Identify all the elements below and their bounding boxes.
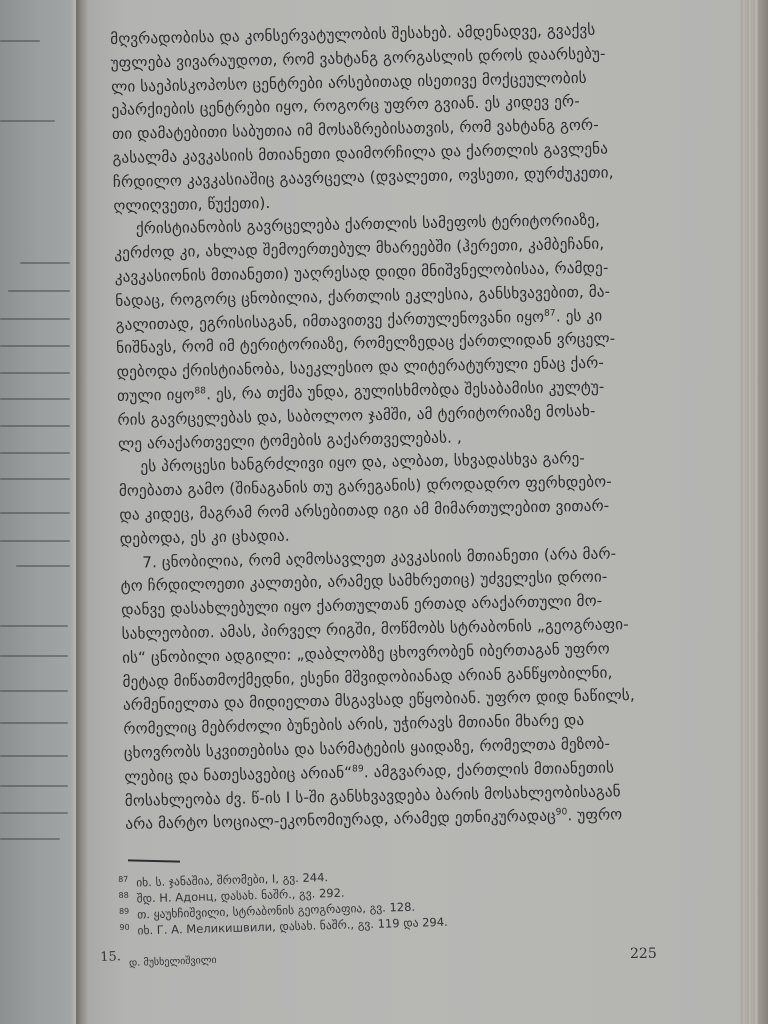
line-text: თული იყო: [117, 385, 195, 404]
line-text: ლებიც და ნათესავებიც არიან“: [124, 763, 352, 785]
line-text-tail: . ეს კი: [556, 306, 603, 325]
footnote-ref: 88: [194, 386, 206, 396]
line-text-tail: . ამგვარად, ქართლის მთიანეთის: [364, 758, 615, 781]
line-text-tail: . ეს, რა თქმა უნდა, გულისხმობდა შესაბამი…: [206, 378, 605, 404]
footnote-ref: 90: [556, 808, 568, 818]
signature-number: 15.: [100, 949, 121, 965]
line-text: ღლიღვეთი, წუქეთი).: [113, 194, 270, 215]
line-text: ლე არაქართველი ტომების გაქართველებას. ,: [118, 428, 462, 453]
footnote-ref: 89: [352, 764, 364, 774]
footnote-number: 90: [119, 920, 130, 936]
footnote-number: 87: [118, 872, 129, 888]
footnote-ref: 87: [544, 308, 556, 318]
line-text: დებოდა, ეს კი ცხადია.: [120, 526, 290, 547]
facing-left-page: [0, 0, 76, 1024]
body-text: მღვრადობისა და კონსერვატულობის შესახებ. …: [110, 17, 677, 837]
printer-signature: 15. დ. მუსხელიშვილი: [100, 946, 217, 965]
footnotes: 87იხ. ს. ჯანაშია, შრომები, I, გვ. 244.88…: [118, 863, 550, 939]
line-text-tail: . უფრო: [567, 806, 622, 825]
footnote-number: 88: [118, 888, 129, 904]
footnote-number: 89: [119, 904, 130, 920]
book-spine: [76, 0, 88, 1024]
page-edges: [740, 0, 768, 1024]
page-number: 225: [630, 946, 657, 962]
